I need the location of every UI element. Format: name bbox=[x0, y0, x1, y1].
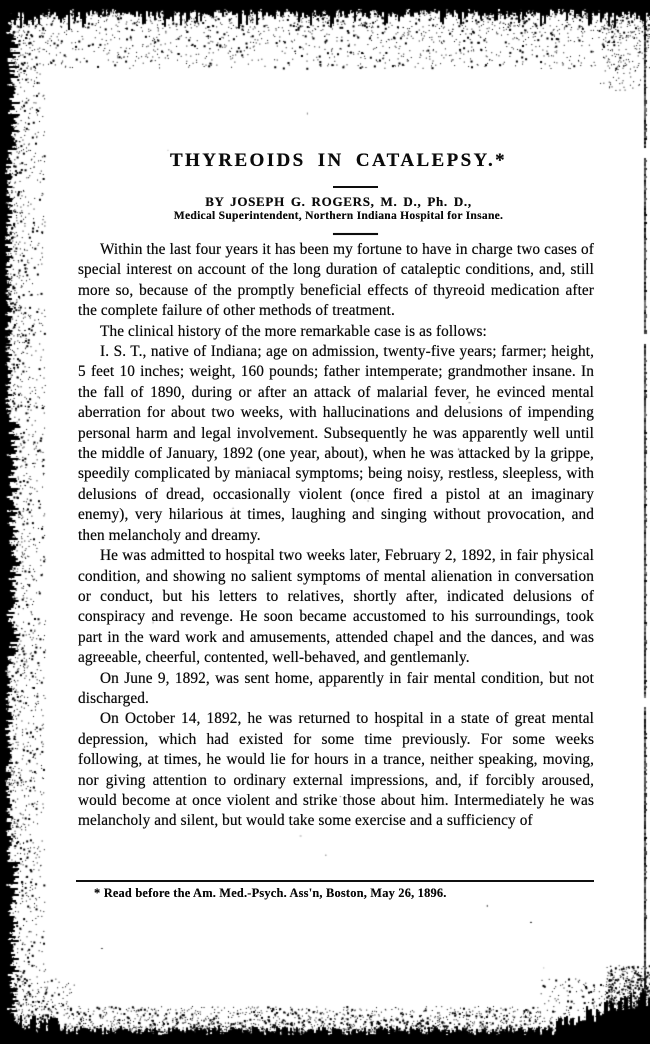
scanned-paper-page: THYREOIDS IN CATALEPSY.* BY JOSEPH G. RO… bbox=[0, 0, 650, 1044]
paragraph-intro: Within the last four years it has been m… bbox=[78, 240, 594, 322]
paragraph-sent-home: On June 9, 1892, was sent home, apparent… bbox=[78, 669, 594, 710]
paper-body: Within the last four years it has been m… bbox=[78, 240, 594, 832]
footnote: * Read before the Am. Med.-Psych. Ass'n,… bbox=[78, 886, 610, 901]
paper-title: THYREOIDS IN CATALEPSY.* bbox=[80, 150, 597, 172]
page-content: THYREOIDS IN CATALEPSY.* BY JOSEPH G. RO… bbox=[0, 0, 650, 1044]
paragraph-case-description: I. S. T., native of Indiana; age on admi… bbox=[78, 342, 594, 546]
paragraph-clinical-history-lead: The clinical history of the more remarka… bbox=[78, 322, 594, 342]
paragraph-return-to-hospital: On October 14, 1892, he was returned to … bbox=[78, 709, 594, 831]
paragraph-admission: He was admitted to hospital two weeks la… bbox=[78, 546, 594, 668]
byline-divider-rule bbox=[333, 233, 378, 235]
author-affiliation: Medical Superintendent, Northern Indiana… bbox=[80, 209, 597, 222]
author-byline: BY JOSEPH G. ROGERS, M. D., Ph. D., bbox=[80, 194, 597, 210]
title-divider-rule bbox=[333, 186, 378, 188]
footnote-divider-rule bbox=[76, 880, 594, 882]
